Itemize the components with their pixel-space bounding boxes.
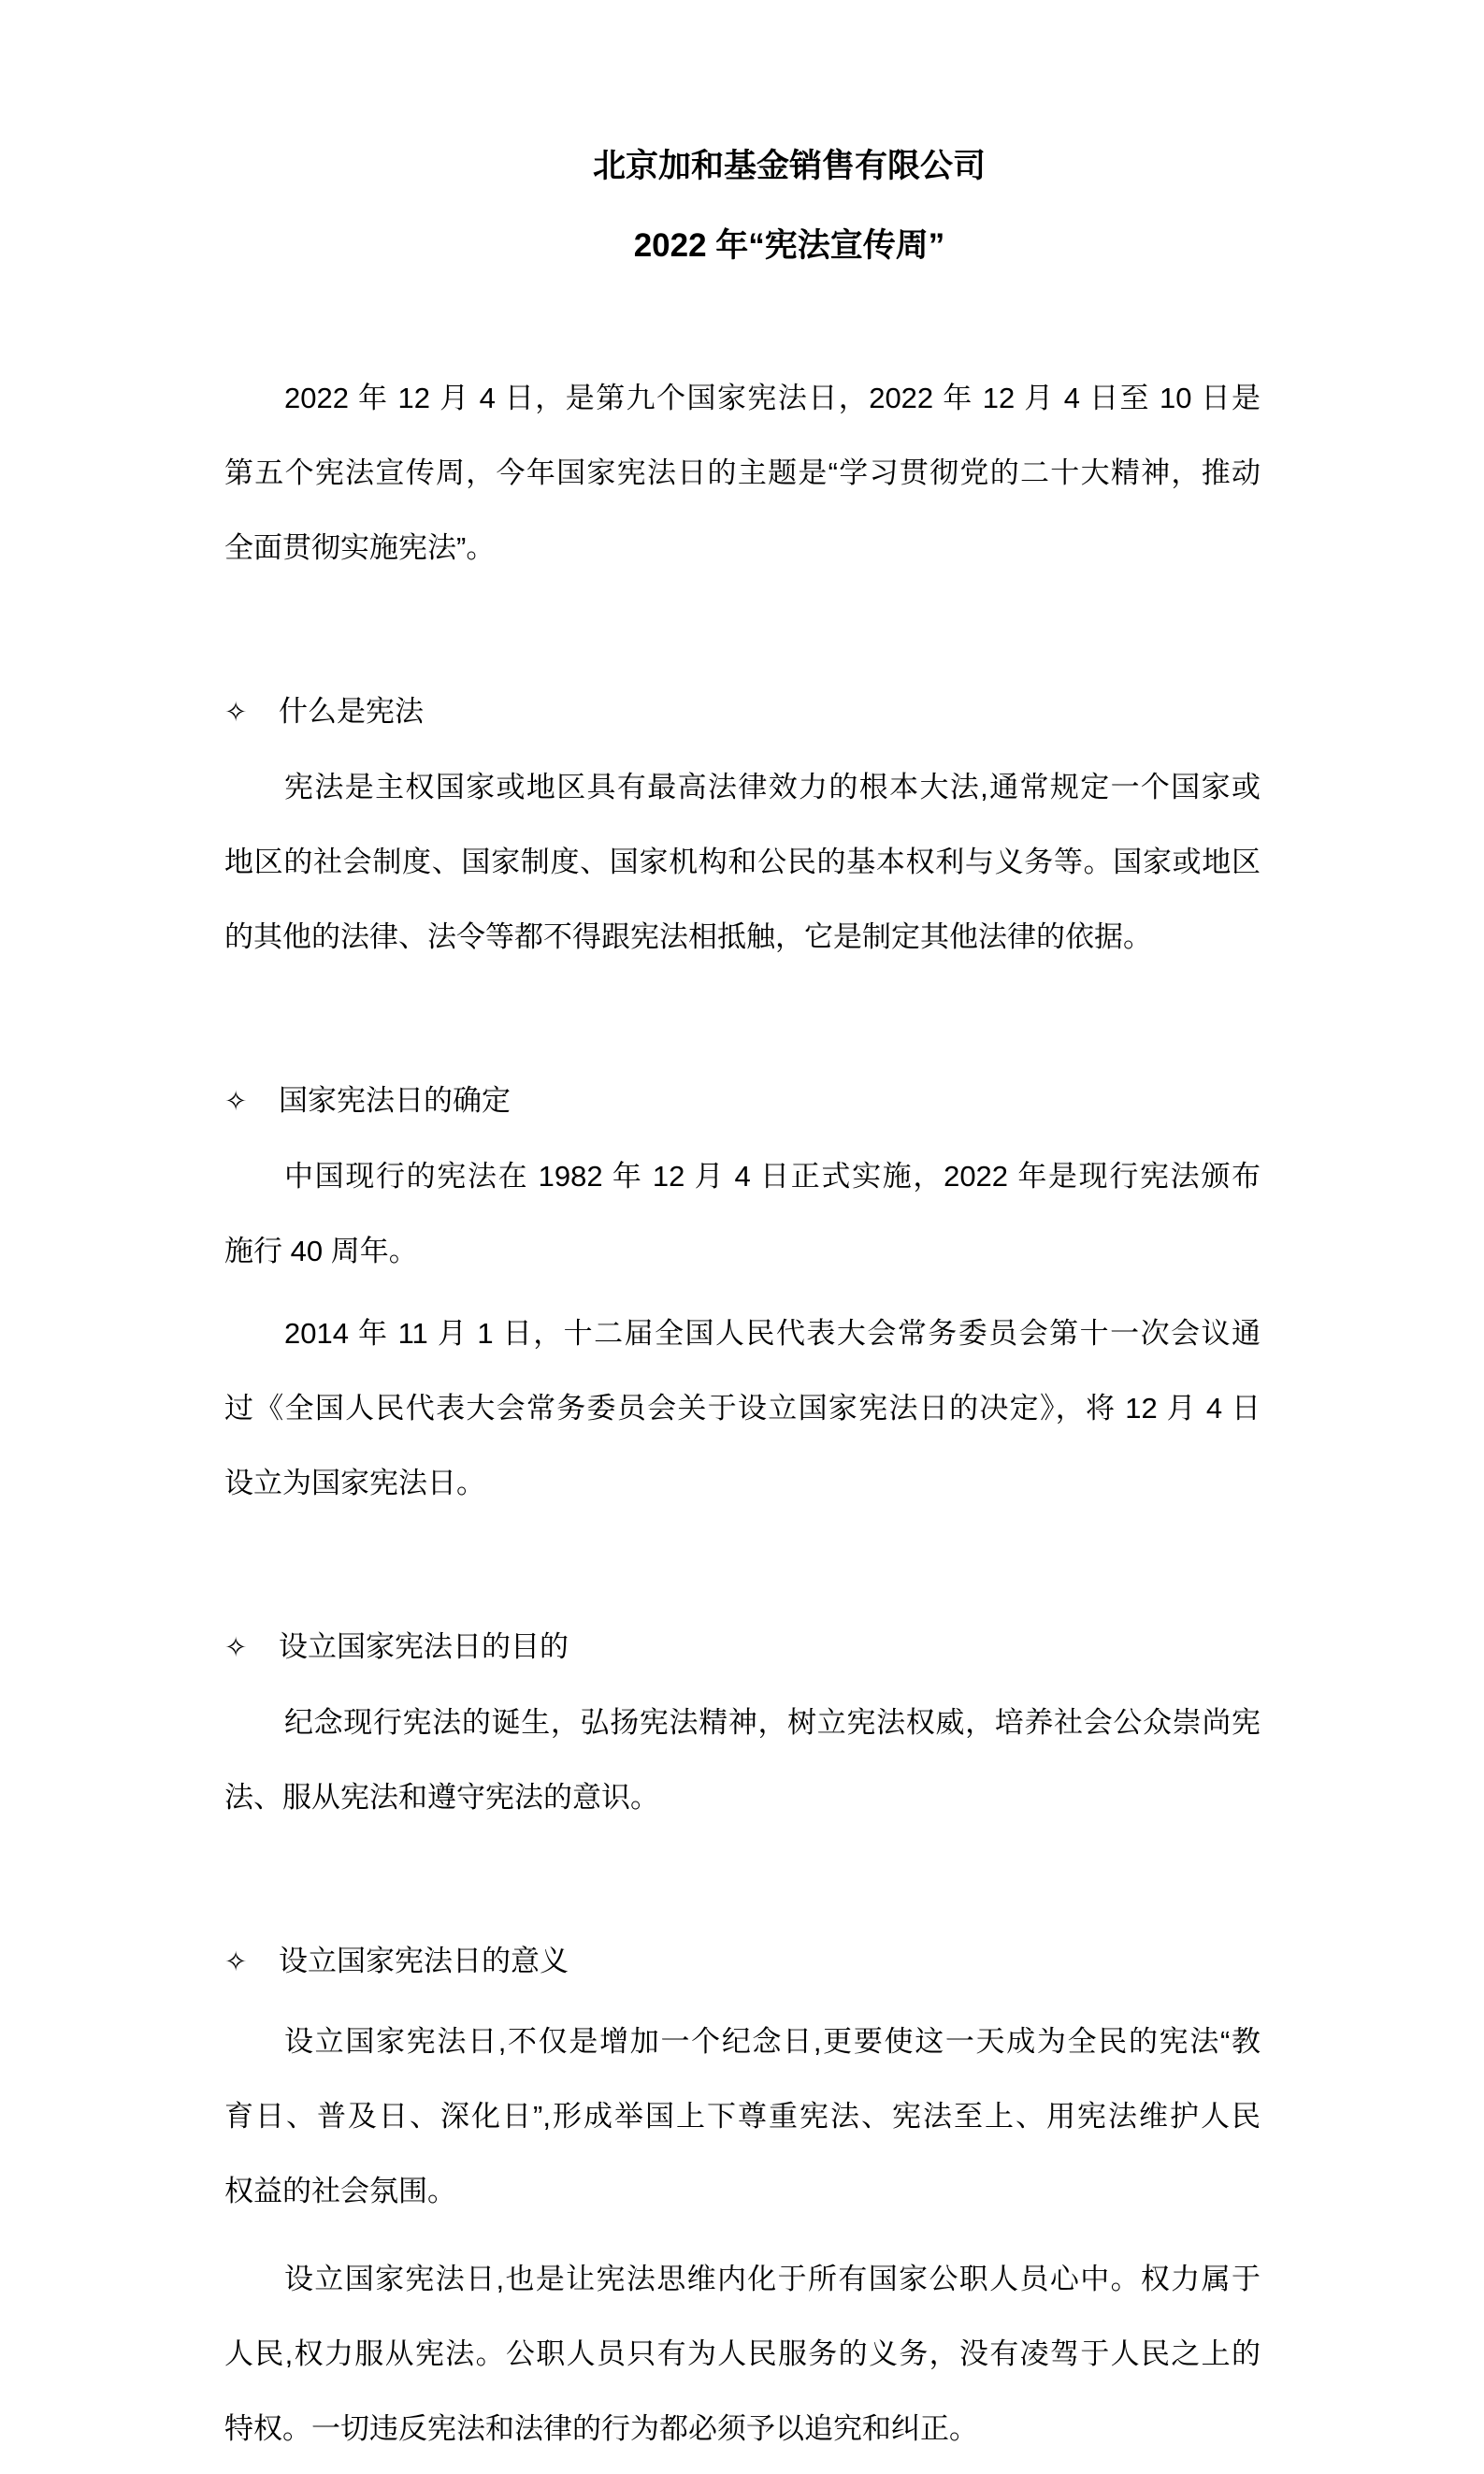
text-line: 人民,权力服从宪法。公职人员只有为人民服务的义务，没有凌驾于人民之上的 [224,2317,1261,2392]
text-line: 施行 40 周年。 [224,1214,1261,1289]
text-line: 第五个宪法宣传周，今年国家宪法日的主题是“学习贯彻党的二十大精神，推动 [224,436,1261,511]
text-line: 特权。一切违反宪法和法律的行为都必须予以追究和纠正。 [224,2392,1261,2467]
paragraph-significance-2: 设立国家宪法日,也是让宪法思维内化于所有国家公职人员心中。权力属于 人民,权力服… [224,2242,1261,2467]
section-heading-what-is-constitution: ✧什么是宪法 [224,674,1261,750]
paragraph-2014-decision: 2014 年 11 月 1 日，十二届全国人民代表大会常务委员会第十一次会议通 … [224,1296,1261,1521]
paragraph-intro: 2022 年 12 月 4 日，是第九个国家宪法日，2022 年 12 月 4 … [224,361,1261,586]
text-line: 2014 年 11 月 1 日，十二届全国人民代表大会常务委员会第十一次会议通 [224,1296,1261,1371]
four-pointed-star-icon: ✧ [224,1925,279,2000]
text-line: 权益的社会氛围。 [224,2154,1261,2229]
text-line: 过《全国人民代表大会常务委员会关于设立国家宪法日的决定》，将 12 月 4 日 [224,1371,1261,1446]
section-heading-significance: ✧设立国家宪法日的意义 [224,1924,1261,2000]
section-heading-constitution-day-establishment: ✧国家宪法日的确定 [224,1063,1261,1139]
text-line: 宪法是主权国家或地区具有最高法律效力的根本大法,通常规定一个国家或 [224,750,1261,825]
section-heading-label: 设立国家宪法日的意义 [279,1945,569,1977]
document-page: 北京加和基金销售有限公司 2022 年“宪法宣传周” 2022 年 12 月 4… [0,0,1484,2474]
text-line: 设立国家宪法日,不仅是增加一个纪念日,更要使这一天成为全民的宪法“教 [224,2004,1261,2079]
text-line: 2022 年 12 月 4 日，是第九个国家宪法日，2022 年 12 月 4 … [224,361,1261,436]
section-heading-label: 什么是宪法 [279,695,424,728]
text-line: 育日、普及日、深化日”,形成举国上下尊重宪法、宪法至上、用宪法维护人民 [224,2079,1261,2154]
page-title: 北京加和基金销售有限公司 [224,126,1261,206]
paragraph-purpose: 纪念现行宪法的诞生，弘扬宪法精神，树立宪法权威，培养社会公众崇尚宪 法、服从宪法… [224,1686,1261,1835]
text-line: 设立国家宪法日,也是让宪法思维内化于所有国家公职人员心中。权力属于 [224,2242,1261,2317]
section-heading-label: 设立国家宪法日的目的 [279,1630,569,1663]
text-line: 中国现行的宪法在 1982 年 12 月 4 日正式实施，2022 年是现行宪法… [224,1139,1261,1214]
paragraph-significance-1: 设立国家宪法日,不仅是增加一个纪念日,更要使这一天成为全民的宪法“教 育日、普及… [224,2004,1261,2229]
text-line: 设立为国家宪法日。 [224,1446,1261,1521]
text-line: 地区的社会制度、国家制度、国家机构和公民的基本权利与义务等。国家或地区 [224,825,1261,900]
paragraph-what-is-constitution: 宪法是主权国家或地区具有最高法律效力的根本大法,通常规定一个国家或 地区的社会制… [224,750,1261,975]
text-line: 的其他的法律、法令等都不得跟宪法相抵触，它是制定其他法律的依据。 [224,900,1261,975]
text-line: 纪念现行宪法的诞生，弘扬宪法精神，树立宪法权威，培养社会公众崇尚宪 [224,1686,1261,1760]
section-heading-purpose: ✧设立国家宪法日的目的 [224,1610,1261,1686]
four-pointed-star-icon: ✧ [224,1611,279,1686]
four-pointed-star-icon: ✧ [224,1064,279,1139]
page-subtitle: 2022 年“宪法宣传周” [224,206,1261,285]
four-pointed-star-icon: ✧ [224,675,279,750]
paragraph-current-constitution: 中国现行的宪法在 1982 年 12 月 4 日正式实施，2022 年是现行宪法… [224,1139,1261,1289]
section-heading-label: 国家宪法日的确定 [279,1084,511,1117]
text-line: 全面贯彻实施宪法”。 [224,511,1261,586]
text-line: 法、服从宪法和遵守宪法的意识。 [224,1760,1261,1835]
